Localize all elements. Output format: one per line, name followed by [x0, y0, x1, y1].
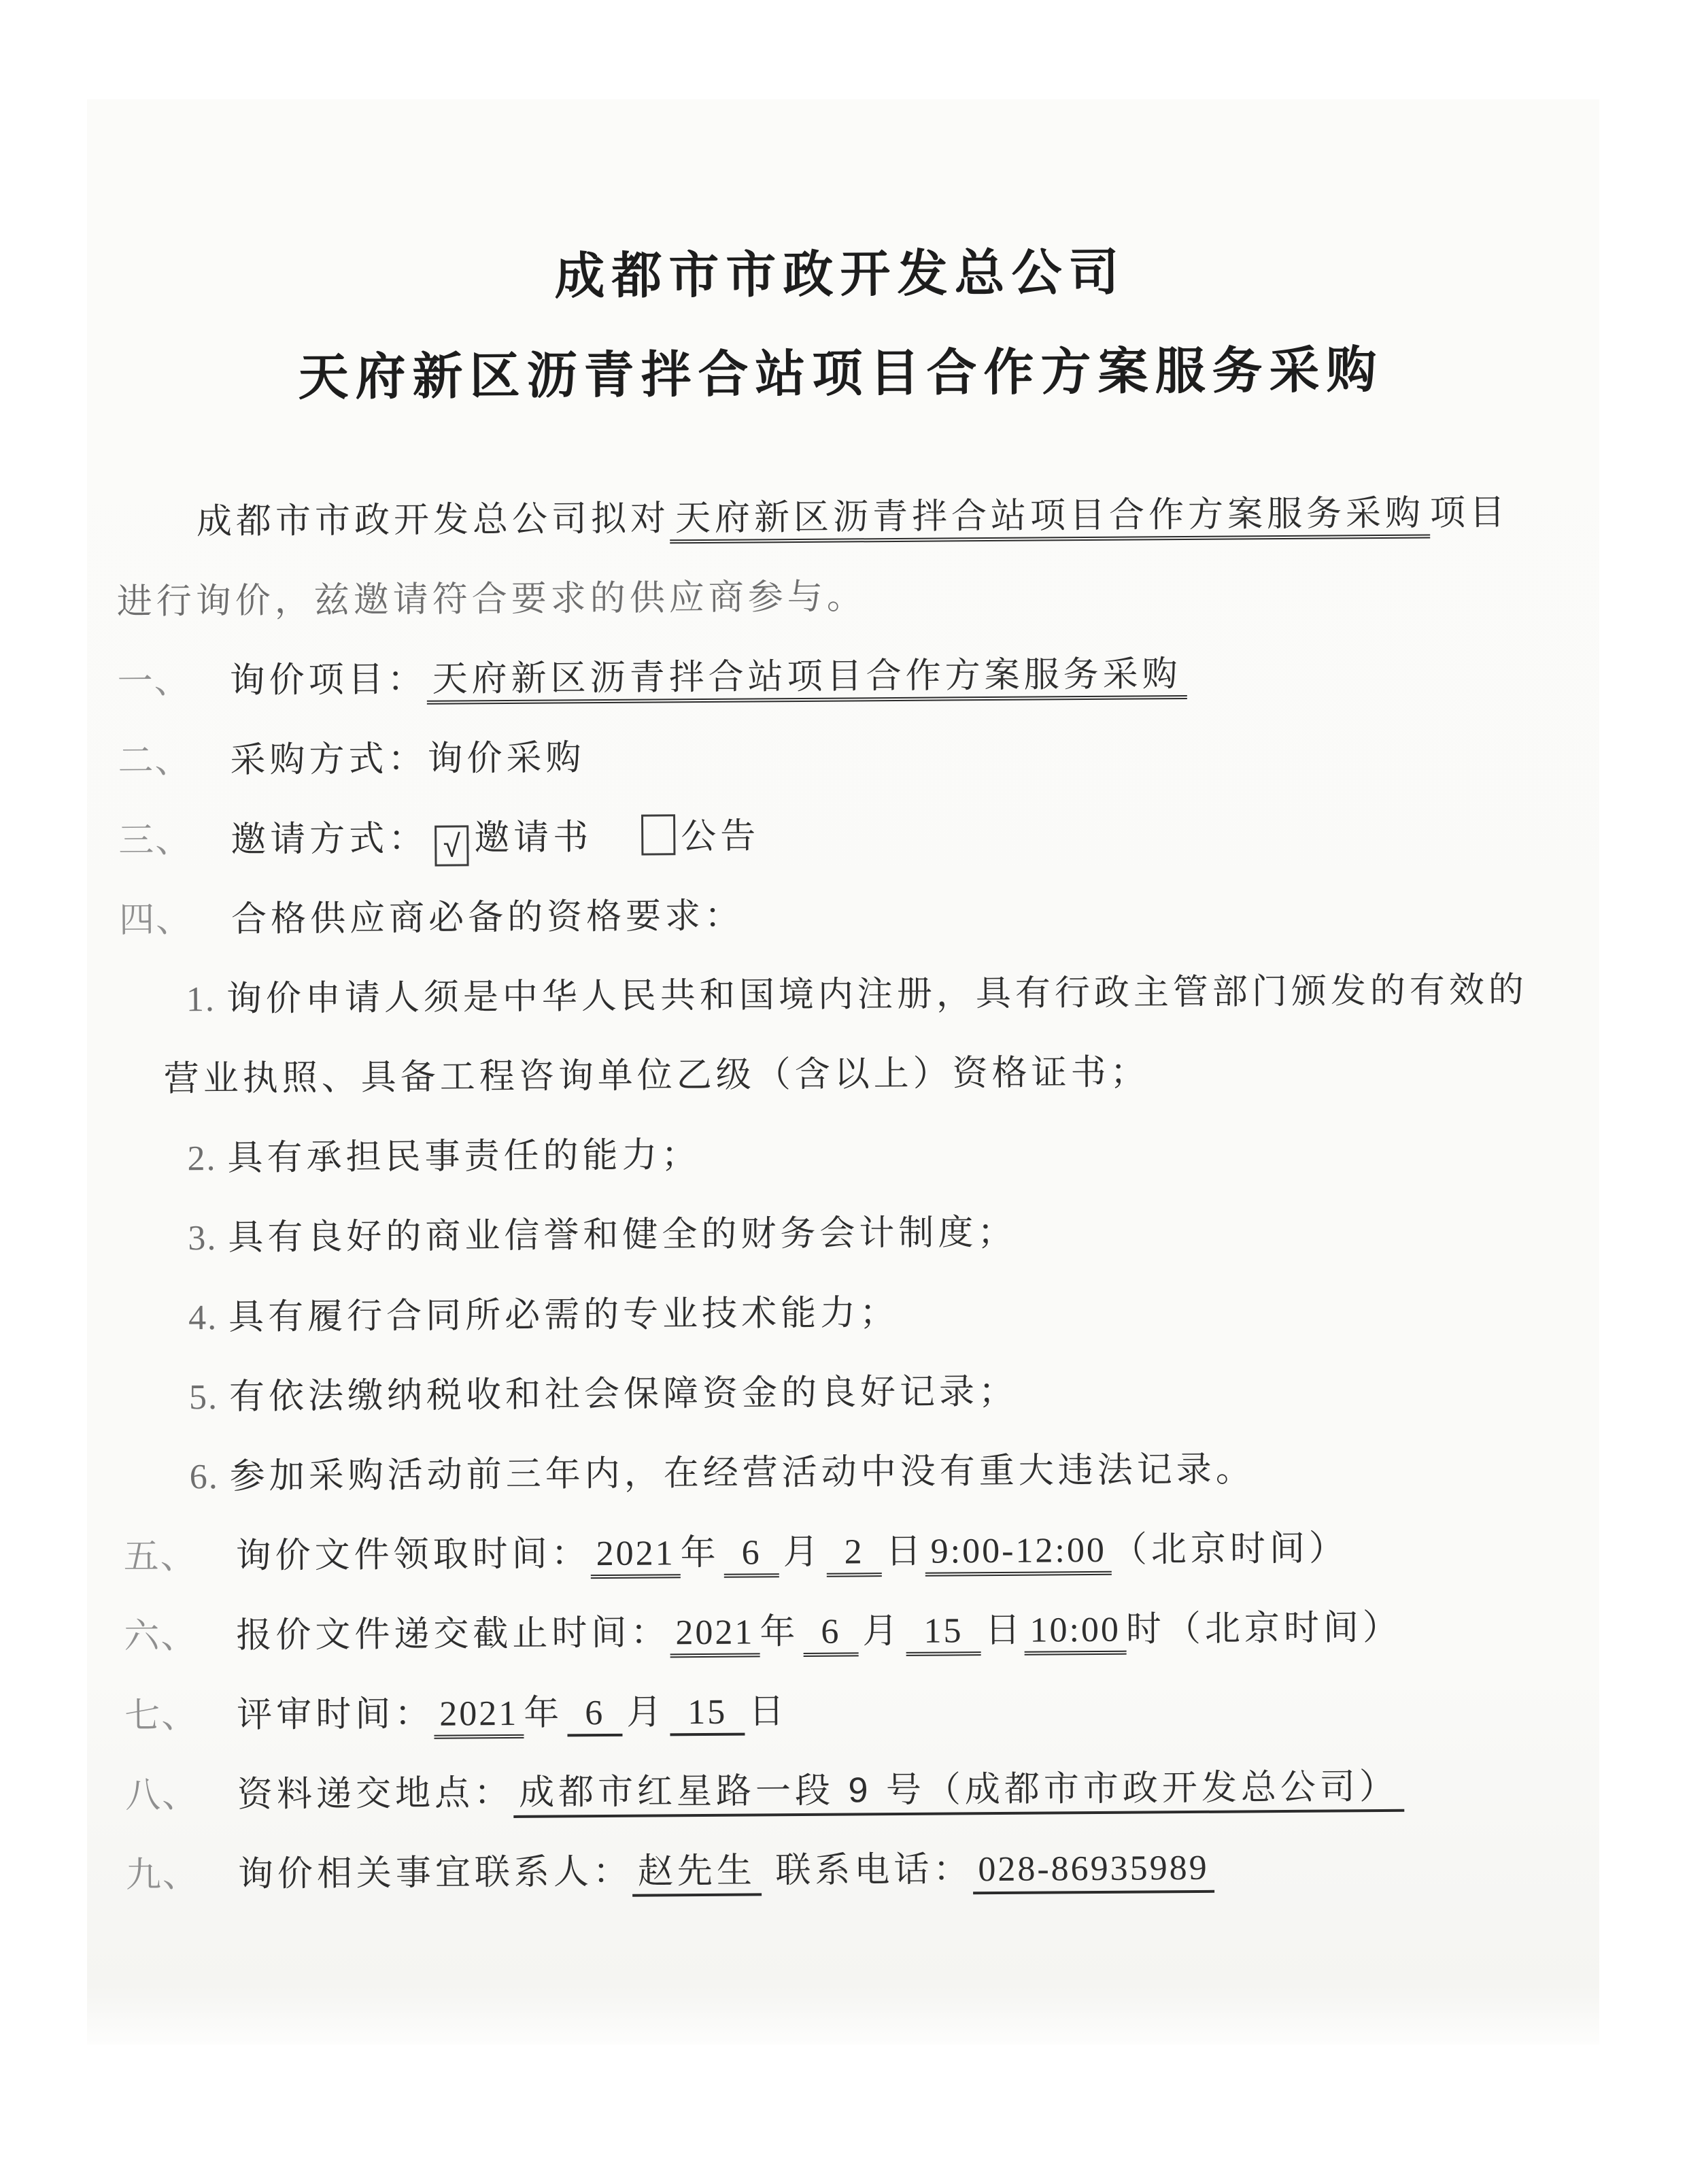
- item-number: 六、: [124, 1596, 237, 1677]
- sub-item-text: 询价申请人须是中华人民共和国境内注册，具有行政主管部门颁发的有效的: [226, 971, 1528, 1019]
- sub-item-text: 参加采购活动前三年内，在经营活动中没有重大违法记录。: [230, 1449, 1255, 1496]
- review-month: 6: [567, 1694, 622, 1737]
- item-number: 七、: [124, 1676, 237, 1756]
- qualification-item-1-line2: 营业执照、具备工程咨询单位乙级（含以上）资格证书；: [120, 1030, 1571, 1120]
- day-unit: 日: [749, 1692, 788, 1731]
- list-item-9: 九、询价相关事宜联系人：赵先生 联系电话：028-86935989: [125, 1826, 1577, 1915]
- item-label: 评审时间：: [237, 1694, 434, 1735]
- deadline-month: 6: [803, 1612, 858, 1657]
- list-item-2: 二、采购方式：询价采购: [118, 711, 1569, 801]
- review-year: 2021: [434, 1694, 524, 1739]
- item-label: 报价文件递交截止时间：: [236, 1613, 670, 1655]
- sub-item-number: 4.: [188, 1298, 218, 1337]
- phone-label: 联系电话：: [775, 1849, 972, 1890]
- collection-time-range: 9:00-12:00: [925, 1531, 1112, 1577]
- list-item-5: 五、询价文件领取时间：2021年6月2日9:00-12:00（北京时间）: [123, 1507, 1575, 1597]
- check-icon: √: [443, 828, 461, 863]
- deadline-time: 10:00: [1024, 1611, 1126, 1656]
- month-unit: 月: [783, 1532, 822, 1572]
- invitation-option-label: 邀请书: [474, 818, 592, 858]
- list-item-6: 六、报价文件递交截止时间：2021年6月15日10:00时（北京时间）: [124, 1587, 1575, 1677]
- sub-item-number: 2.: [187, 1139, 216, 1178]
- phone-number-value: 028-86935989: [972, 1849, 1214, 1894]
- item-label: 合格供应商必备的资格要求：: [231, 896, 744, 939]
- timezone-note: 时（北京时间）: [1126, 1608, 1402, 1649]
- item-number: 八、: [125, 1755, 238, 1836]
- item-label: 询价相关事宜联系人：: [238, 1852, 632, 1894]
- announcement-checkbox-empty: [641, 814, 675, 855]
- document-content: 成都市市政开发总公司 天府新区沥青拌合站项目合作方案服务采购 成都市市政开发总公…: [114, 220, 1577, 1915]
- sub-item-text: 具有履行合同所必需的专业技术能力；: [228, 1293, 899, 1337]
- qualification-item-1-line1: 1.询价申请人须是中华人民共和国境内注册，具有行政主管部门颁发的有效的: [119, 950, 1571, 1040]
- sub-item-number: 5.: [189, 1378, 218, 1417]
- collection-date-day: 2: [826, 1532, 881, 1577]
- day-unit: 日: [985, 1611, 1024, 1650]
- intro-project-name-underlined: 天府新区沥青拌合站项目合作方案服务采购: [670, 494, 1430, 544]
- item-label: 询价项目：: [229, 660, 426, 701]
- item-number: 一、: [117, 641, 230, 722]
- item-label: 资料递交地点：: [237, 1773, 513, 1815]
- intro-suffix: 项目: [1430, 493, 1509, 533]
- deadline-year: 2021: [670, 1613, 760, 1658]
- intro-paragraph-line1: 成都市市政开发总公司拟对天府新区沥青拌合站项目合作方案服务采购项目: [116, 473, 1568, 562]
- item-number: 三、: [118, 801, 231, 881]
- document-title-line1: 成都市市政开发总公司: [114, 220, 1566, 329]
- collection-date-month: 6: [723, 1533, 779, 1578]
- list-item-8: 八、资料递交地点：成都市红星路一段 9 号（成都市市政开发总公司）: [125, 1746, 1577, 1836]
- collection-date-year: 2021: [590, 1534, 680, 1579]
- qualification-item-5: 5.有依法缴纳税收和社会保障资金的良好记录；: [122, 1348, 1574, 1438]
- sub-item-number: 3.: [188, 1219, 217, 1258]
- sub-item-number: 1.: [186, 980, 216, 1019]
- sub-item-text: 有依法缴纳税收和社会保障资金的良好记录；: [229, 1372, 1018, 1417]
- month-unit: 月: [862, 1611, 902, 1651]
- title-body-spacer: [116, 418, 1567, 483]
- list-item-3: 三、邀请方式：√邀请书公告: [118, 791, 1570, 881]
- item-number: 九、: [125, 1835, 238, 1915]
- invitation-checkbox-checked: √: [434, 825, 468, 866]
- list-item-7: 七、评审时间：2021年6月15日: [124, 1666, 1576, 1756]
- sub-item-number: 6.: [190, 1458, 219, 1496]
- qualification-item-4: 4.具有履行合同所必需的专业技术能力；: [122, 1269, 1573, 1358]
- submission-address-value: 成都市红星路一段 9 号（成都市市政开发总公司）: [513, 1767, 1404, 1818]
- qualification-item-3: 3.具有良好的商业信誉和健全的财务会计制度；: [121, 1189, 1573, 1279]
- inquiry-project-value: 天府新区沥青拌合站项目合作方案服务采购: [426, 654, 1187, 705]
- item-label: 邀请方式：: [231, 819, 428, 860]
- year-unit: 年: [680, 1533, 719, 1573]
- qualification-item-6: 6.参加采购活动前三年内，在经营活动中没有重大违法记录。: [122, 1428, 1574, 1517]
- month-unit: 月: [626, 1692, 666, 1732]
- item-number: 五、: [123, 1517, 236, 1597]
- timezone-note: （北京时间）: [1112, 1528, 1348, 1569]
- document-title-line2: 天府新区沥青拌合站项目合作方案服务采购: [115, 319, 1567, 429]
- item-label: 采购方式：: [230, 739, 427, 780]
- list-item-4: 四、合格供应商必备的资格要求：: [119, 871, 1571, 960]
- year-unit: 年: [760, 1612, 799, 1651]
- item-number: 四、: [119, 880, 232, 960]
- intro-paragraph-line2: 进行询价，兹邀请符合要求的供应商参与。: [116, 552, 1568, 642]
- list-item-1: 一、询价项目：天府新区沥青拌合站项目合作方案服务采购: [117, 632, 1569, 722]
- contact-person-value: 赵先生: [632, 1851, 762, 1896]
- procurement-method-value: 询价采购: [427, 738, 585, 779]
- announcement-option-label: 公告: [681, 816, 760, 856]
- review-day: 15: [670, 1693, 745, 1736]
- deadline-day: 15: [906, 1611, 981, 1656]
- day-unit: 日: [885, 1532, 925, 1571]
- qualification-item-2: 2.具有承担民事责任的能力；: [120, 1109, 1572, 1199]
- item-number: 二、: [118, 721, 231, 801]
- sub-item-text: 具有承担民事责任的能力；: [227, 1135, 700, 1178]
- item-label: 询价文件领取时间：: [235, 1534, 590, 1576]
- intro-prefix: 成都市市政开发总公司拟对: [197, 499, 670, 541]
- scanned-document-page: 成都市市政开发总公司 天府新区沥青拌合站项目合作方案服务采购 成都市市政开发总公…: [0, 0, 1687, 2184]
- year-unit: 年: [524, 1693, 563, 1732]
- sub-item-text: 具有良好的商业信誉和健全的财务会计制度；: [228, 1213, 1017, 1258]
